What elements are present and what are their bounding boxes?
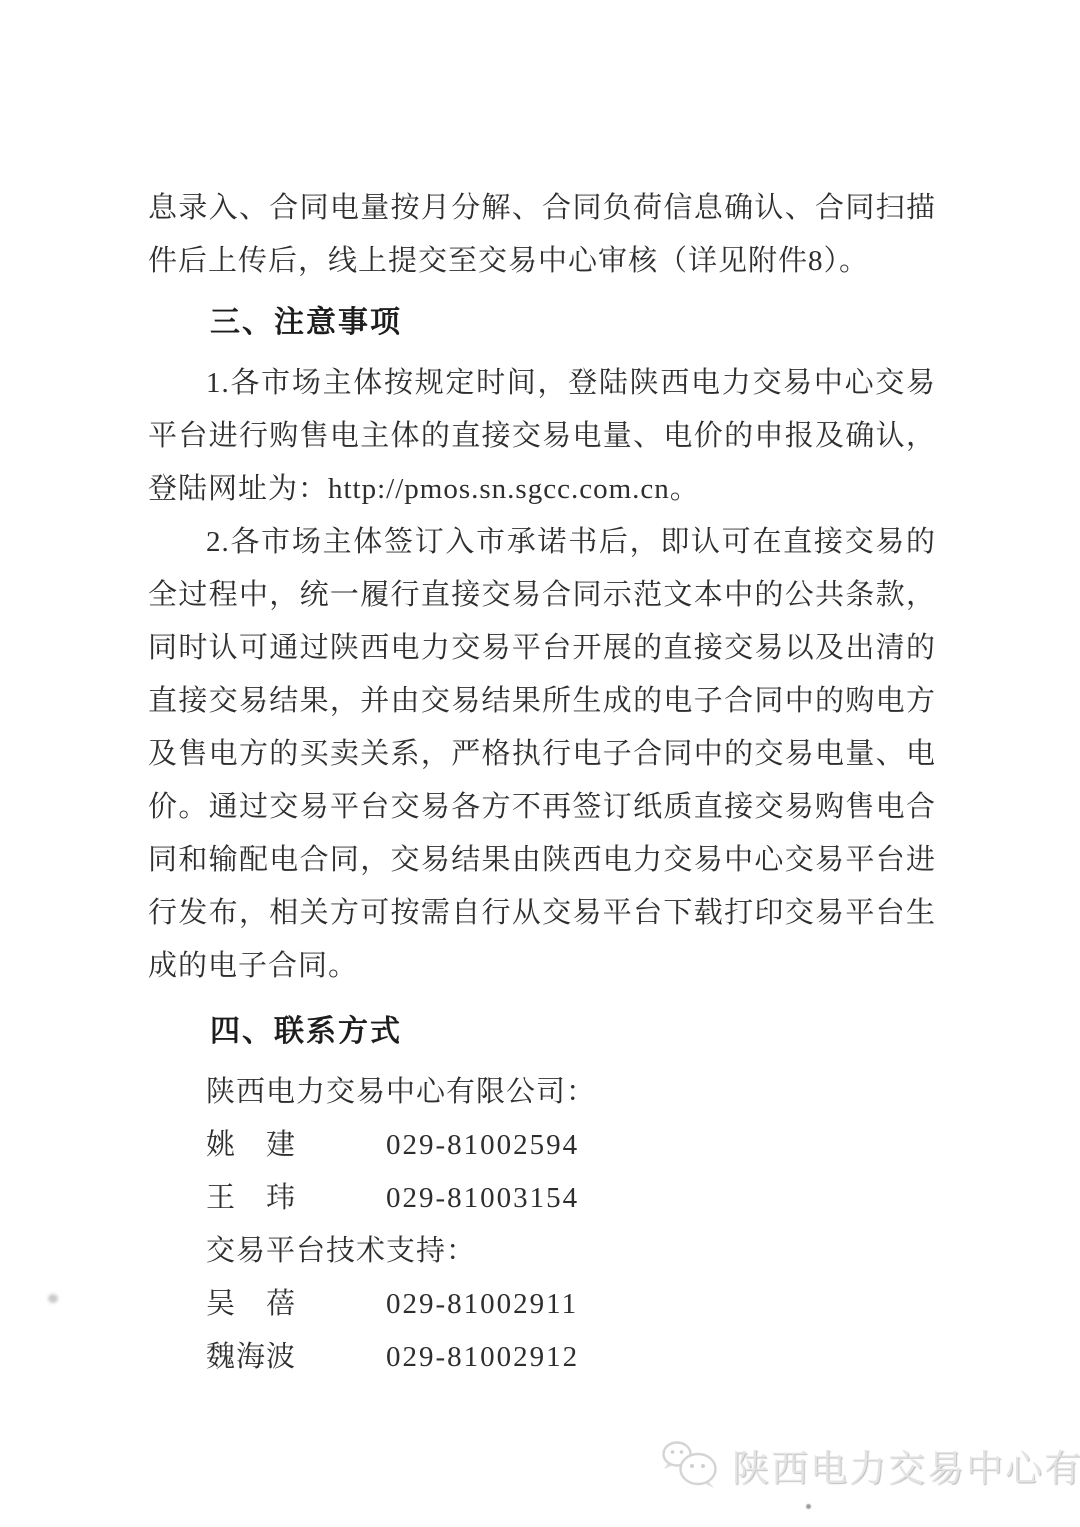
footer-watermark: 陕西电力交易中心有限公司 bbox=[660, 1438, 1080, 1492]
section-contact-heading: 四、联系方式 bbox=[148, 1005, 936, 1058]
tech-support-label: 交易平台技术支持： bbox=[148, 1225, 936, 1278]
contact-phone: 029-81003154 bbox=[386, 1172, 579, 1225]
scan-speck bbox=[806, 1504, 811, 1509]
contact-row-wu-bei: 吴 蓓 029-81002911 bbox=[148, 1278, 936, 1331]
wechat-icon bbox=[660, 1438, 722, 1492]
paragraph-continuation: 息录入、合同电量按月分解、合同负荷信息确认、合同扫描件后上传后，线上提交至交易中… bbox=[148, 182, 936, 288]
scan-speck bbox=[48, 1294, 58, 1303]
contact-row-yao-jian: 姚 建 029-81002594 bbox=[148, 1119, 936, 1172]
contact-name: 魏海波 bbox=[206, 1331, 386, 1384]
org-label: 陕西电力交易中心有限公司： bbox=[148, 1066, 936, 1119]
contact-row-wang-wei: 王 玮 029-81003154 bbox=[148, 1172, 936, 1225]
contact-phone: 029-81002594 bbox=[386, 1119, 579, 1172]
contact-name: 吴 蓓 bbox=[206, 1278, 386, 1331]
contact-row-wei-haibo: 魏海波 029-81002912 bbox=[148, 1331, 936, 1384]
document-page: 息录入、合同电量按月分解、合同负荷信息确认、合同扫描件后上传后，线上提交至交易中… bbox=[0, 0, 1080, 1527]
note-item-1: 1.各市场主体按规定时间，登陆陕西电力交易中心交易平台进行购售电主体的直接交易电… bbox=[148, 357, 936, 516]
contact-name: 王 玮 bbox=[206, 1172, 386, 1225]
contact-phone: 029-81002911 bbox=[386, 1278, 578, 1331]
document-body: 息录入、合同电量按月分解、合同负荷信息确认、合同扫描件后上传后，线上提交至交易中… bbox=[148, 182, 936, 1384]
contact-phone: 029-81002912 bbox=[386, 1331, 579, 1384]
contact-name: 姚 建 bbox=[206, 1119, 386, 1172]
footer-company-name: 陕西电力交易中心有限公司 bbox=[732, 1438, 1080, 1492]
section-notes-heading: 三、注意事项 bbox=[148, 296, 936, 349]
note-item-2: 2.各市场主体签订入市承诺书后，即认可在直接交易的全过程中，统一履行直接交易合同… bbox=[148, 516, 936, 993]
